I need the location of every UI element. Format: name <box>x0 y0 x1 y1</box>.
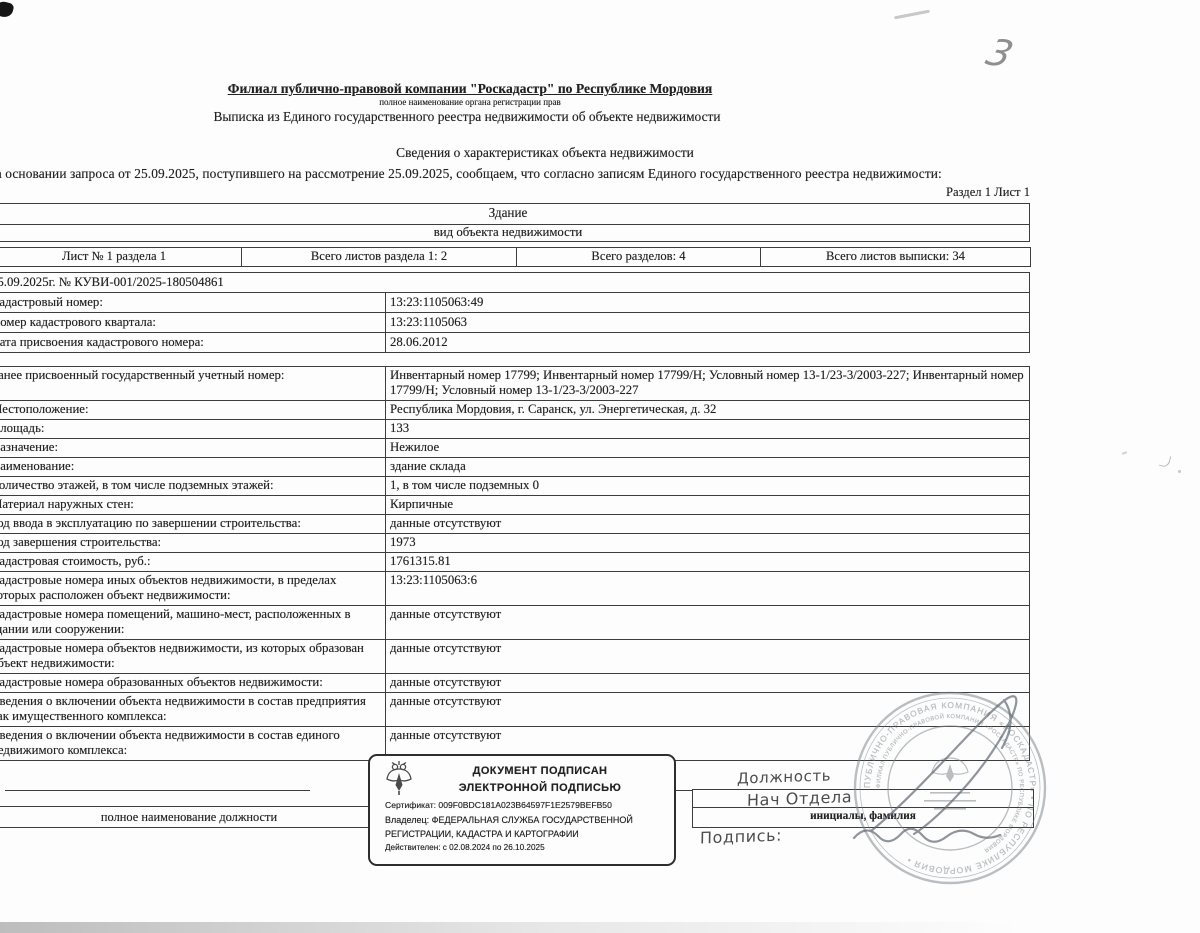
sheet-info-cell: Всего листов выписки: 34 <box>761 248 1031 267</box>
row-value: 13:23:1105063 <box>386 313 1030 333</box>
table-row: Ранее присвоенный государственный учетны… <box>0 367 1030 401</box>
request-number-line: 25.09.2025г. № КУВИ-001/2025-180504861 <box>0 273 1030 293</box>
sheet-info-cell: Всего листов раздела 1: 2 <box>242 248 517 267</box>
row-label: Ранее присвоенный государственный учетны… <box>0 367 386 401</box>
signature-line <box>0 827 368 828</box>
row-label: Кадастровые номера объектов недвижимости… <box>0 640 386 674</box>
row-value: 28.06.2012 <box>386 333 1030 353</box>
signature-line <box>0 806 368 807</box>
sheet-info-row: Лист № 1 раздела 1 Всего листов раздела … <box>0 248 1031 267</box>
handwritten-signature-label: Подпись: <box>700 826 782 848</box>
document-title: Выписка из Единого государственного реес… <box>0 109 934 125</box>
table-row: Назначение: Нежилое <box>0 439 1030 458</box>
esign-certificate: Сертификат: 009F0BDC181A023B64597F1E2579… <box>385 800 612 810</box>
request-basis-line: На основании запроса от 25.09.2025, пост… <box>0 166 1146 182</box>
row-value: 13:23:1105063:6 <box>386 572 1030 606</box>
table-row: Год ввода в эксплуатацию по завершении с… <box>0 515 1030 534</box>
row-label: Кадастровая стоимость, руб.: <box>0 553 386 572</box>
row-value: 1, в том числе подземных 0 <box>386 477 1030 496</box>
table-row: Площадь: 133 <box>0 420 1030 439</box>
position-caption: полное наименование должности <box>0 810 378 825</box>
row-label: Местоположение: <box>0 401 386 420</box>
row-label: Наименование: <box>0 458 386 477</box>
row-value: данные отсутствуют <box>386 515 1030 534</box>
row-label: Номер кадастрового квартала: <box>0 313 386 333</box>
object-type-table: Здание вид объекта недвижимости <box>0 203 1030 242</box>
table-row: Кадастровый номер: 13:23:1105063:49 <box>0 293 1030 313</box>
row-label: Назначение: <box>0 439 386 458</box>
row-value: 1761315.81 <box>386 553 1030 572</box>
scan-artifact-dot <box>1122 451 1127 455</box>
scan-artifact-corner <box>0 0 15 19</box>
scan-artifact-dash <box>894 10 930 20</box>
org-name: Филиал публично-правовой компании "Роска… <box>0 81 940 97</box>
row-value: Инвентарный номер 17799; Инвентарный ном… <box>386 367 1030 401</box>
cadastral-number-table: 25.09.2025г. № КУВИ-001/2025-180504861 К… <box>0 272 1030 353</box>
row-value: здание склада <box>386 458 1030 477</box>
esign-owner-line2: РЕГИСТРАЦИИ, КАДАСТРА И КАРТОГРАФИИ <box>385 829 579 839</box>
scan-artifact-dot <box>1178 470 1181 473</box>
esign-title-line2: ЭЛЕКТРОННОЙ ПОДПИСЬЮ <box>422 782 658 794</box>
sheet-info-table: Лист № 1 раздела 1 Всего листов раздела … <box>0 247 1031 267</box>
row-value: Республика Мордовия, г. Саранск, ул. Эне… <box>386 401 1030 420</box>
eagle-emblem-icon <box>384 759 414 795</box>
section-title: Сведения о характеристиках объекта недви… <box>0 145 1090 161</box>
row-label: Сведения о включении объекта недвижимост… <box>0 693 386 727</box>
org-name-caption: полное наименование органа регистрации п… <box>0 97 940 107</box>
row-value: 133 <box>386 420 1030 439</box>
signature-line <box>5 790 310 791</box>
row-value: Нежилое <box>386 439 1030 458</box>
esign-owner-line1: Владелец: ФЕДЕРАЛЬНАЯ СЛУЖБА ГОСУДАРСТВЕ… <box>385 815 633 825</box>
row-label: Кадастровые номера помещений, машино-мес… <box>0 606 386 640</box>
esign-stamp-box: ДОКУМЕНТ ПОДПИСАН ЭЛЕКТРОННОЙ ПОДПИСЬЮ С… <box>368 754 676 866</box>
signature-scribble <box>816 666 1066 876</box>
row-label: Количество этажей, в том числе подземных… <box>0 477 386 496</box>
row-label: Кадастровые номера иных объектов недвижи… <box>0 572 386 606</box>
row-label: Год ввода в эксплуатацию по завершении с… <box>0 515 386 534</box>
section-page-label: Раздел 1 Лист 1 <box>830 185 1030 200</box>
object-type-caption: вид объекта недвижимости <box>0 225 1030 242</box>
row-label: Кадастровый номер: <box>0 293 386 313</box>
table-row: Кадастровые номера помещений, машино-мес… <box>0 606 1030 640</box>
table-row: Дата присвоения кадастрового номера: 28.… <box>0 333 1030 353</box>
table-row: Наименование: здание склада <box>0 458 1030 477</box>
row-label: Сведения о включении объекта недвижимост… <box>0 727 386 761</box>
row-label: Кадастровые номера образованных объектов… <box>0 674 386 693</box>
row-label: Площадь: <box>0 420 386 439</box>
scanned-document-page: 3 Филиал публично-правовой компании "Рос… <box>0 0 1200 933</box>
row-value: 1973 <box>386 534 1030 553</box>
row-value: 13:23:1105063:49 <box>386 293 1030 313</box>
handwritten-page-number: 3 <box>981 31 1019 76</box>
row-label: Год завершения строительства: <box>0 534 386 553</box>
row-label: Дата присвоения кадастрового номера: <box>0 333 386 353</box>
scan-artifact-mark <box>1159 454 1172 468</box>
row-value: Кирпичные <box>386 496 1030 515</box>
table-row: Материал наружных стен: Кирпичные <box>0 496 1030 515</box>
row-label: Материал наружных стен: <box>0 496 386 515</box>
sheet-info-cell: Всего разделов: 4 <box>517 248 761 267</box>
table-row: Номер кадастрового квартала: 13:23:11050… <box>0 313 1030 333</box>
esign-title-line1: ДОКУМЕНТ ПОДПИСАН <box>422 765 658 777</box>
table-row: Кадастровая стоимость, руб.: 1761315.81 <box>0 553 1030 572</box>
esign-validity: Действителен: с 02.08.2024 по 26.10.2025 <box>385 843 545 852</box>
table-row: Местоположение: Республика Мордовия, г. … <box>0 401 1030 420</box>
table-row: Кадастровые номера иных объектов недвижи… <box>0 572 1030 606</box>
table-row: Год завершения строительства: 1973 <box>0 534 1030 553</box>
sheet-info-cell: Лист № 1 раздела 1 <box>0 248 242 267</box>
row-value: данные отсутствуют <box>386 606 1030 640</box>
object-type-value: Здание <box>0 204 1030 225</box>
scan-shadow <box>0 922 1200 933</box>
table-row: Количество этажей, в том числе подземных… <box>0 477 1030 496</box>
